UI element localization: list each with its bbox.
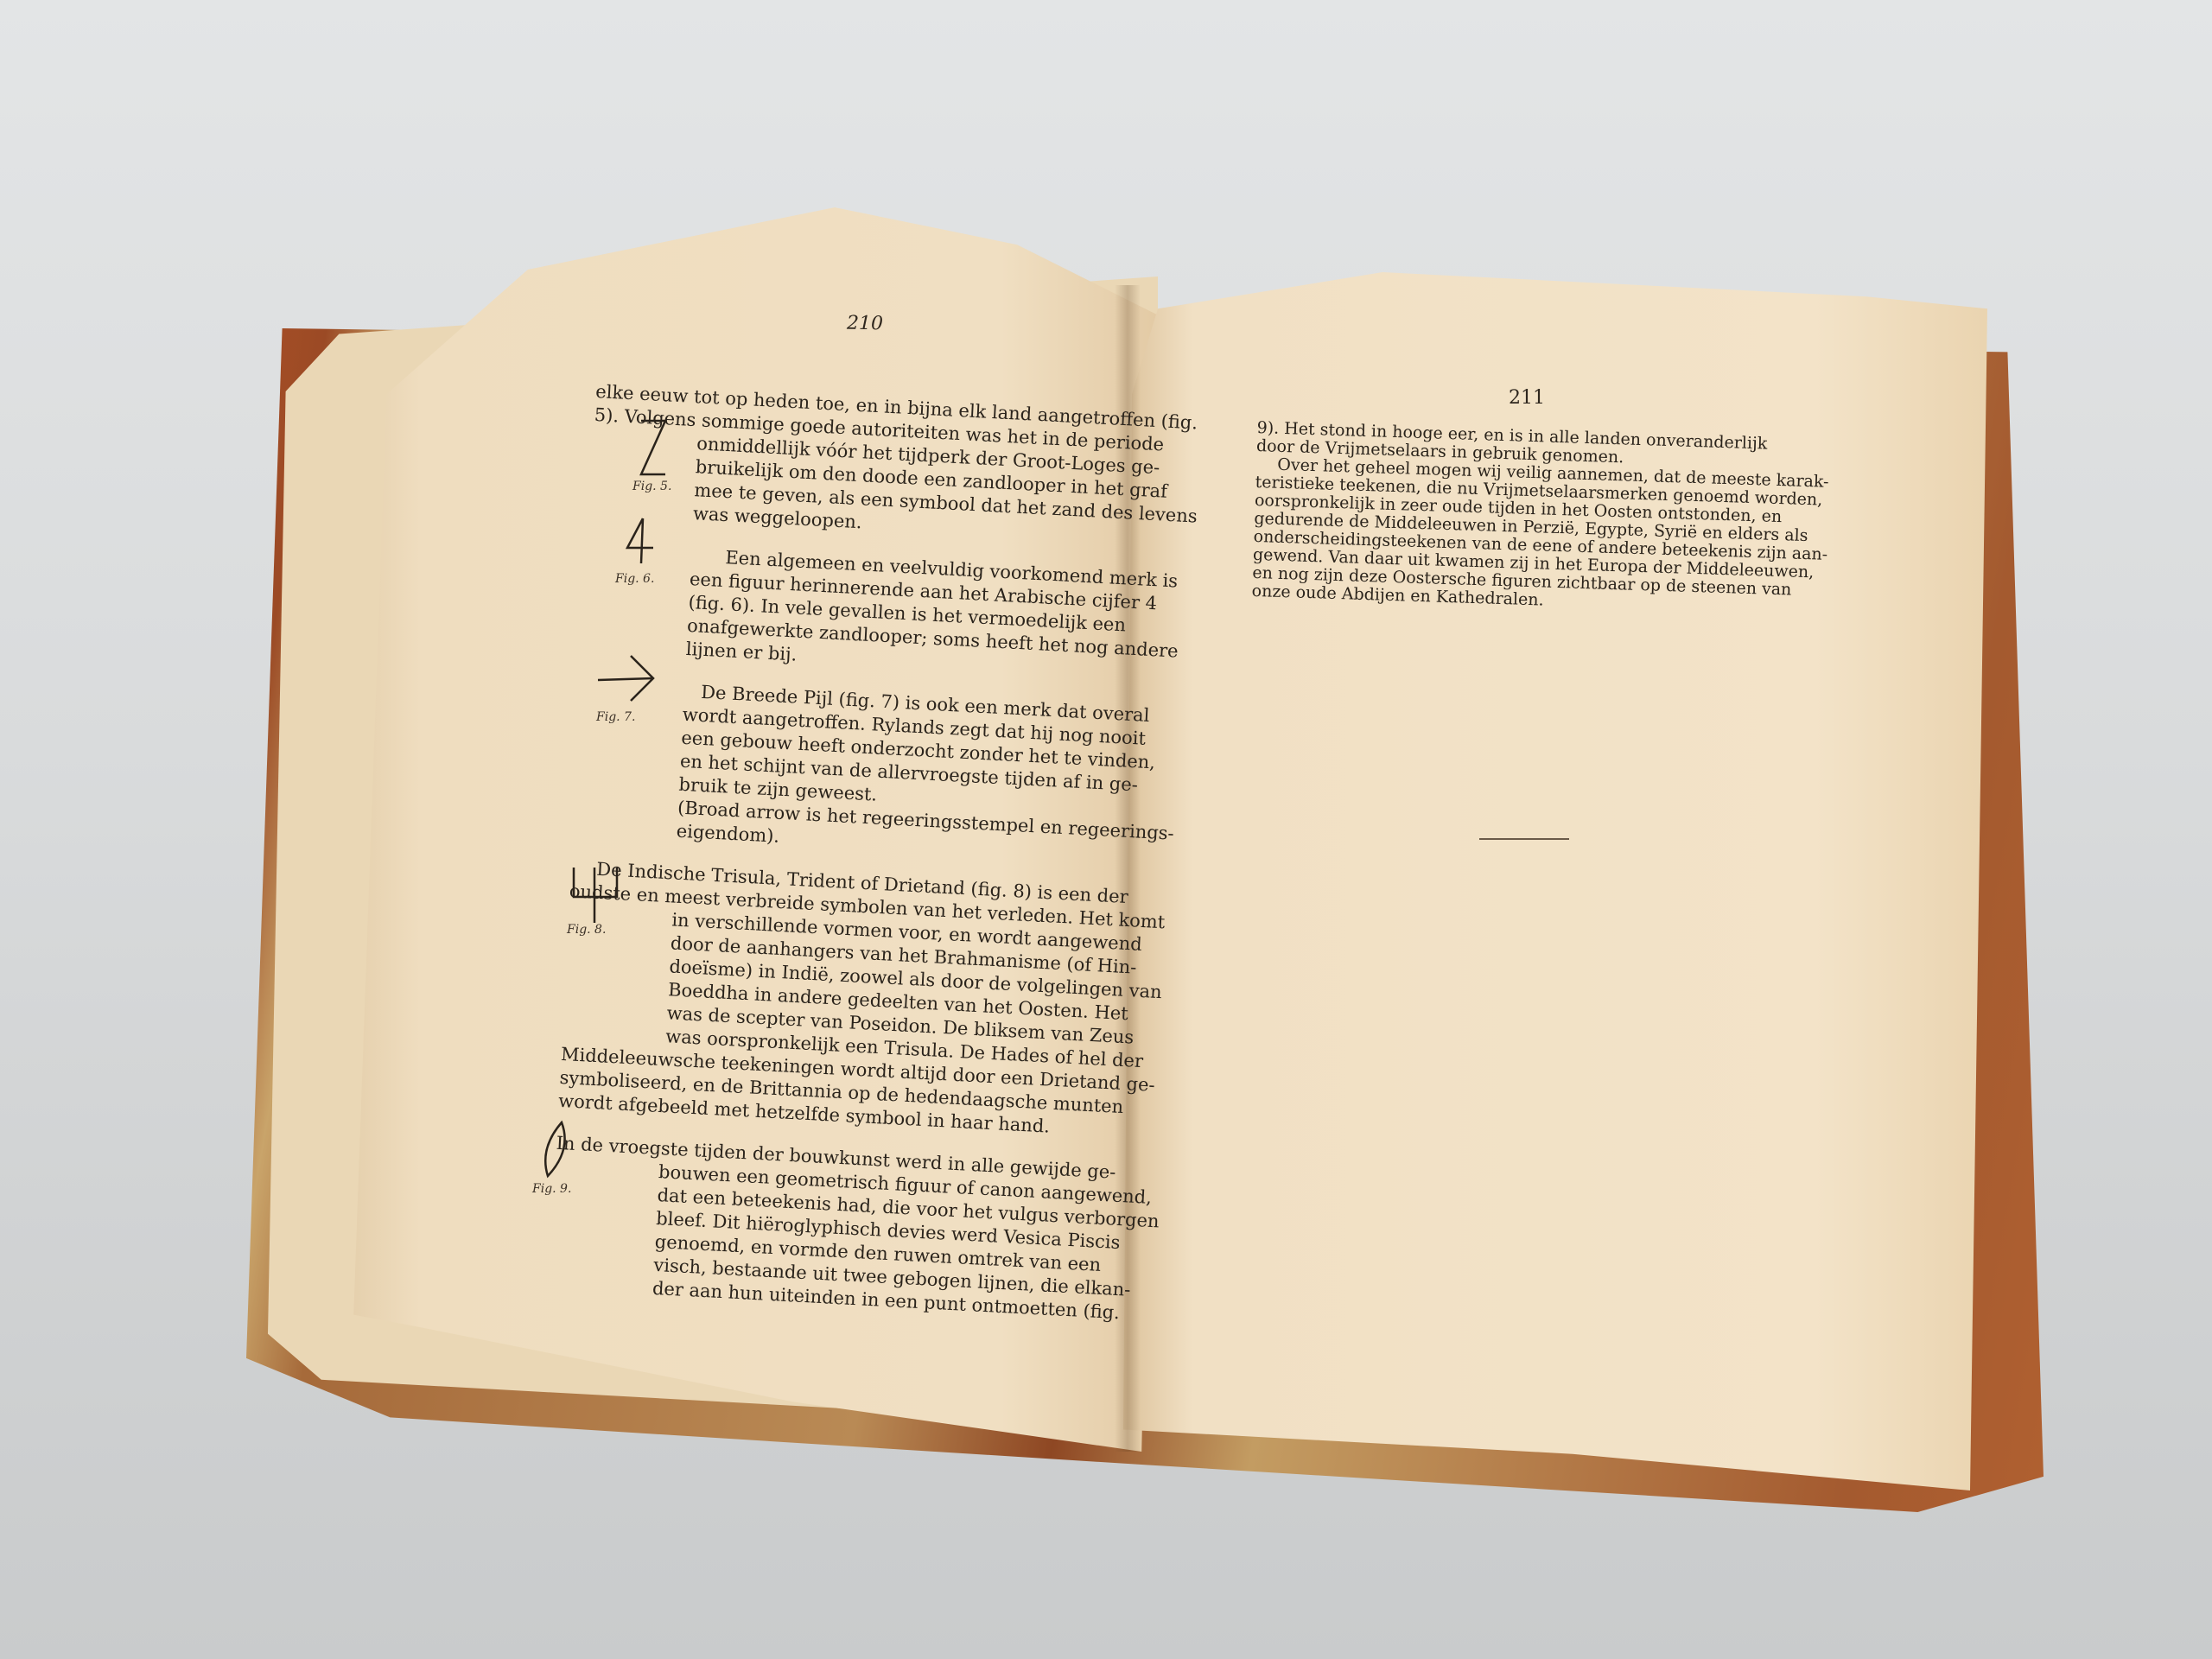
trident-icon [570,864,622,925]
vesica-piscis-icon [543,1119,569,1179]
broad-arrow-icon [596,652,657,704]
figure-caption: Fig. 9. [532,1182,571,1196]
section-rule [1479,838,1569,840]
figure-caption: Fig. 7. [596,710,635,724]
figure-caption: Fig. 5. [632,480,671,493]
figure-caption: Fig. 8. [567,923,606,937]
numeral-four-icon [624,517,655,565]
hourglass-icon [638,419,669,476]
photo-scene: 210 elke eeuw tot op heden toe, en in bi… [0,0,2212,1659]
figure-caption: Fig. 6. [615,572,654,586]
page-number-left: 210 [847,313,883,335]
right-page-text: 9). Het stond in hooge eer, en is in all… [1251,419,1831,619]
page-number-right: 211 [1509,387,1545,409]
